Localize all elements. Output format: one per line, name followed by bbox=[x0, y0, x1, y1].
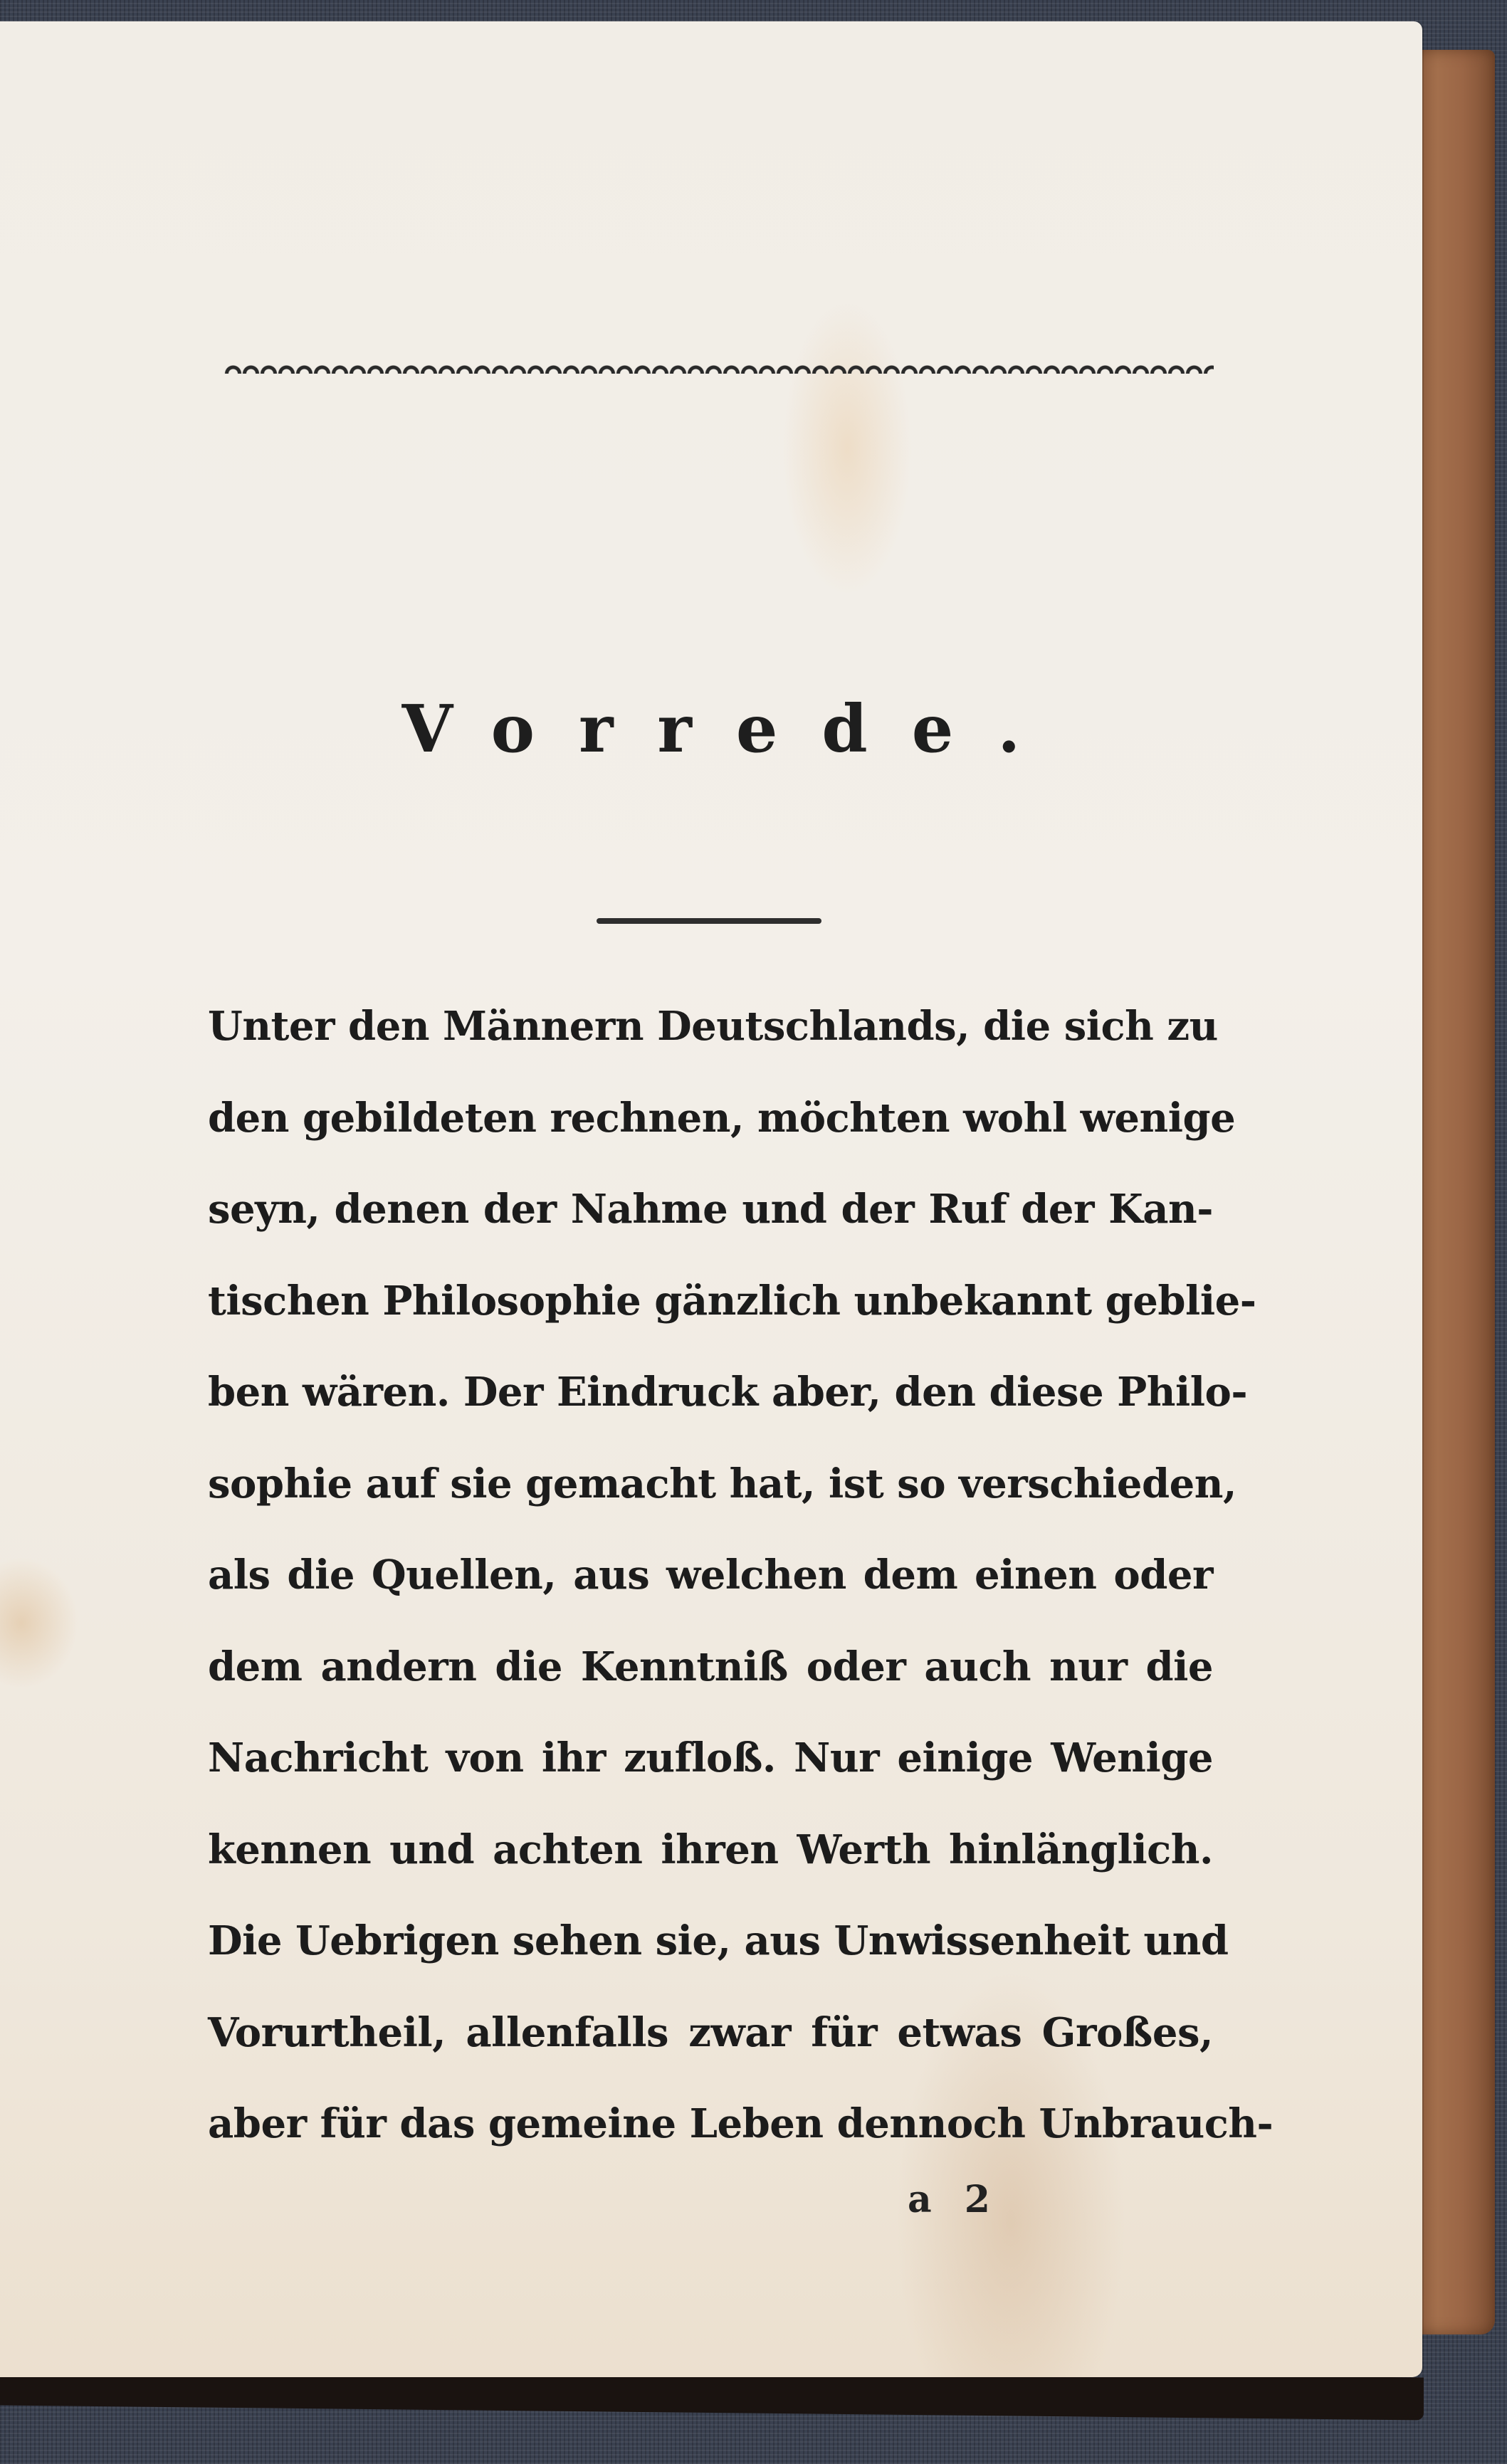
text-line: Nachricht von ihr zufloß. Nur einige Wen… bbox=[208, 1729, 1213, 1821]
page-title: Vorrede. bbox=[0, 690, 1422, 767]
book-binding-leather bbox=[1413, 50, 1495, 2334]
text-line: als die Quellen, aus welchen dem einen o… bbox=[208, 1547, 1213, 1638]
preface-text: Unter den Männern Deutschlands, die sich… bbox=[208, 998, 1213, 2187]
text-line: kennen und achten ihren Werth hinlänglic… bbox=[208, 1821, 1213, 1913]
text-line: aber für das gemeine Leben dennoch Unbra… bbox=[208, 2095, 1213, 2187]
text-line: ben wären. Der Eindruck aber, den diese … bbox=[208, 1364, 1213, 1455]
text-line: tischen Philosophie gänzlich unbekannt g… bbox=[208, 1273, 1213, 1364]
title-divider bbox=[597, 918, 821, 924]
text-line: seyn, denen der Nahme und der Ruf der Ka… bbox=[208, 1181, 1213, 1273]
signature-mark: a 2 bbox=[908, 2178, 1000, 2221]
text-line: den gebildeten rechnen, möchten wohl wen… bbox=[208, 1090, 1213, 1181]
text-line: Unter den Männern Deutschlands, die sich… bbox=[208, 998, 1213, 1090]
text-line: dem andern die Kenntniß oder auch nur di… bbox=[208, 1638, 1213, 1730]
book-page: Vorrede. Unter den Männern Deutschlands,… bbox=[0, 21, 1422, 2377]
text-line: Vorurtheil, allenfalls zwar für etwas Gr… bbox=[208, 2004, 1213, 2096]
wavy-rule-ornament bbox=[224, 352, 1214, 374]
text-line: Die Uebrigen sehen sie, aus Unwissenheit… bbox=[208, 1912, 1213, 2004]
text-line: sophie auf sie gemacht hat, ist so versc… bbox=[208, 1455, 1213, 1547]
